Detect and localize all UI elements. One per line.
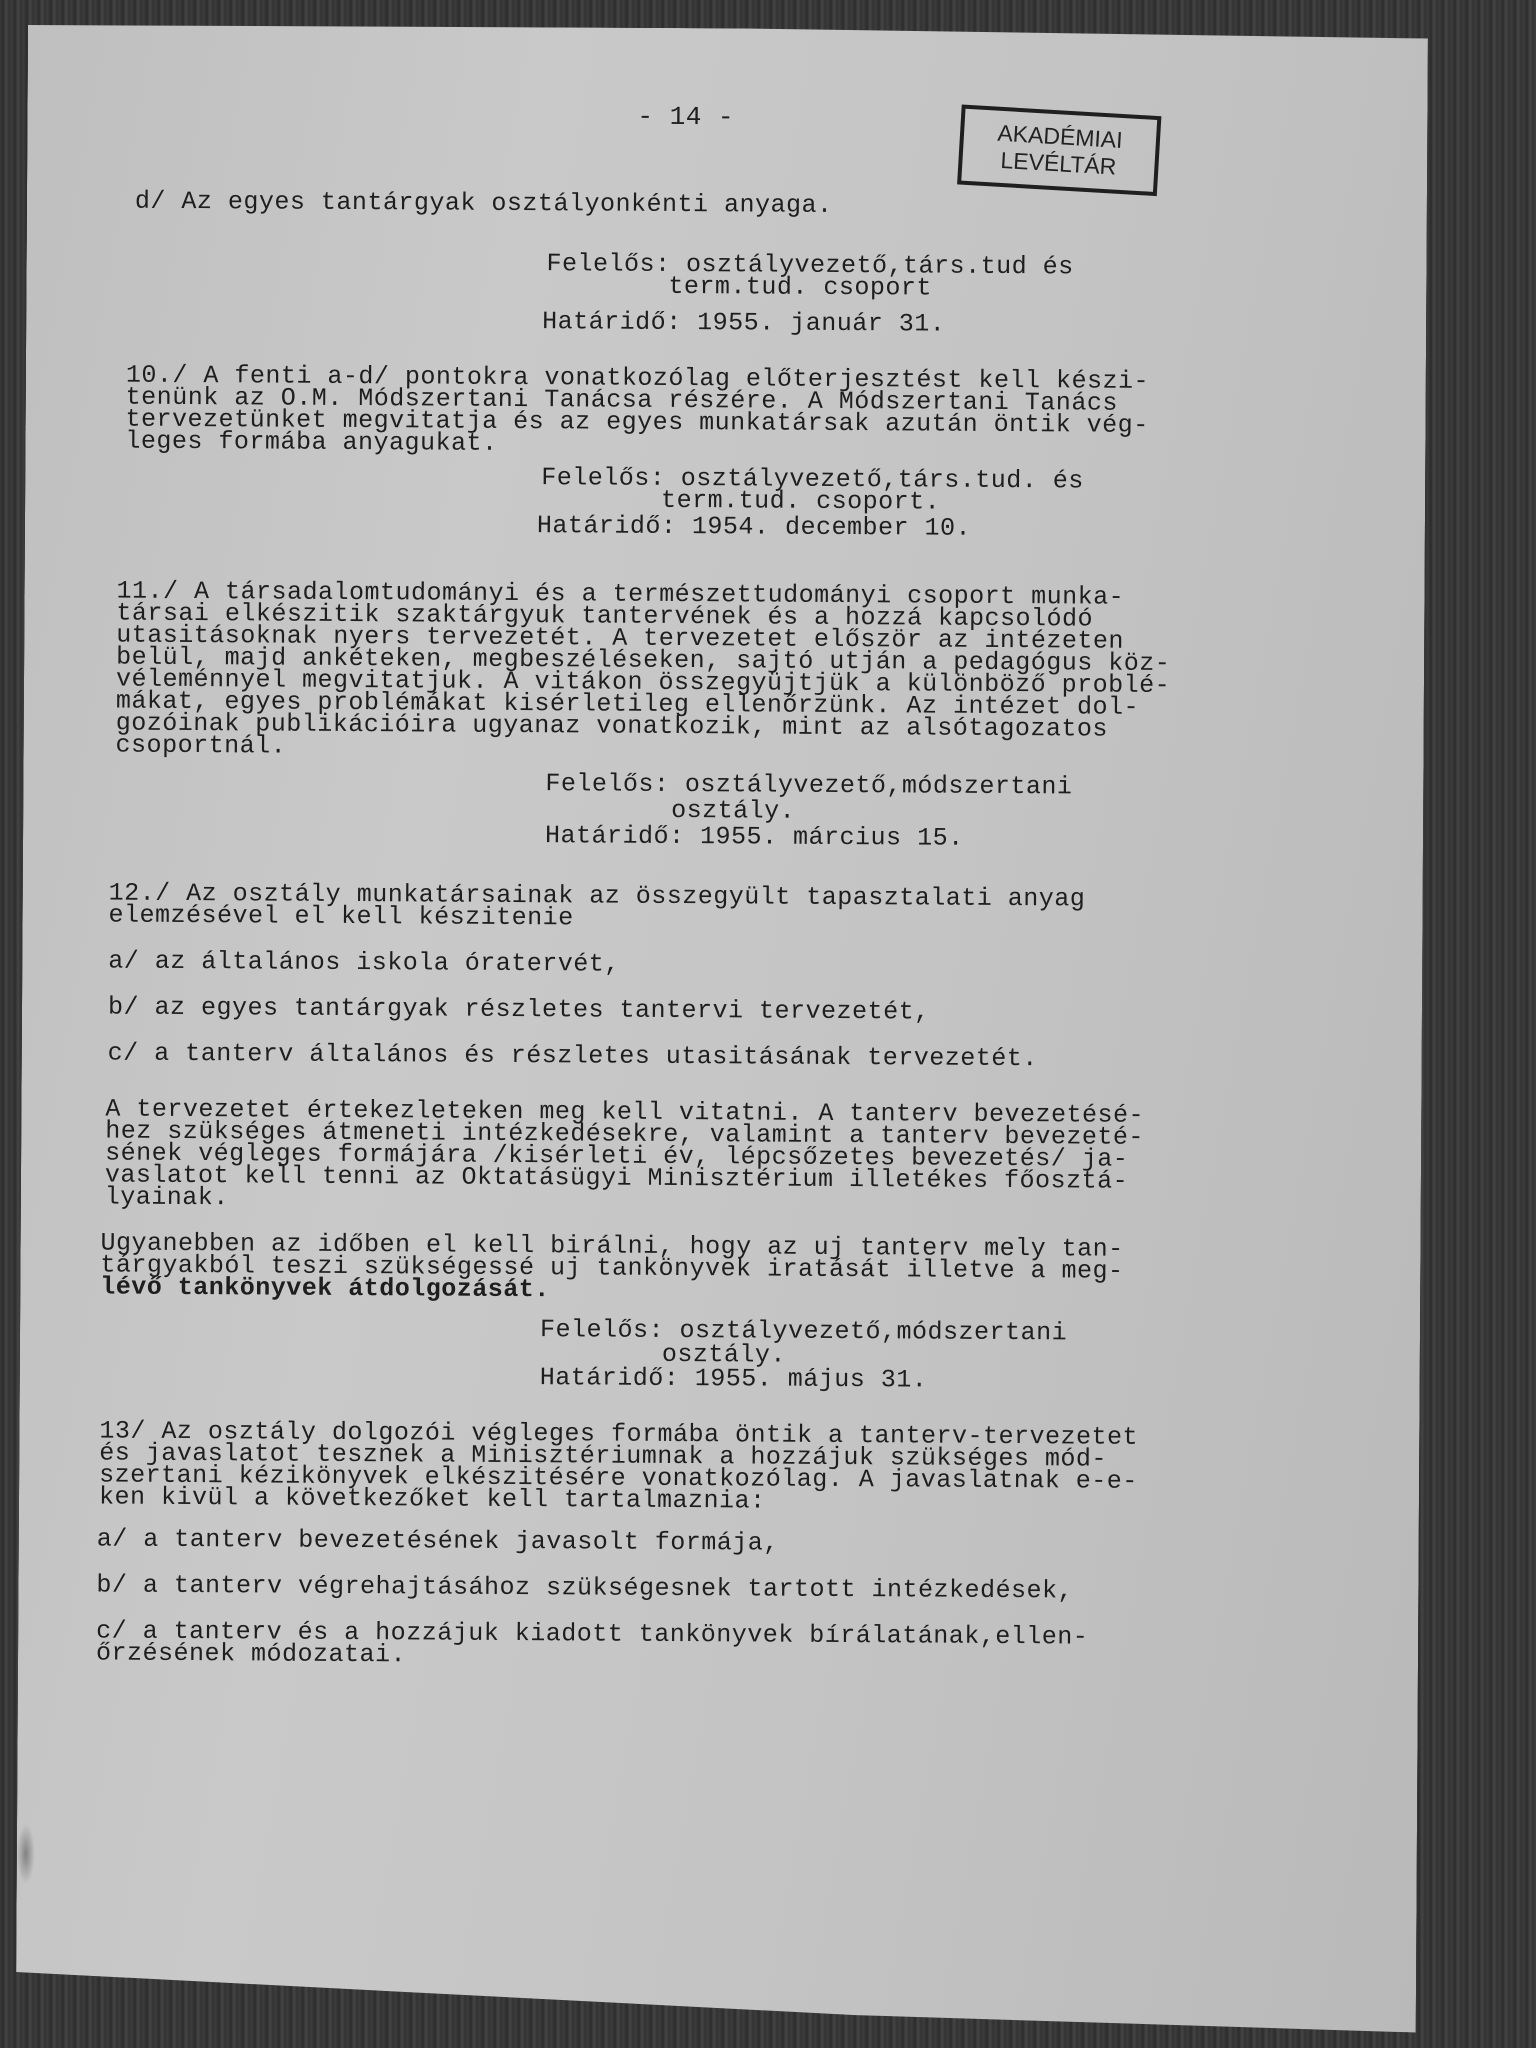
- typed-document: - 14 - AKADÉMIAI LEVÉLTÁR d/ Az egyes ta…: [16, 24, 1428, 2033]
- section-12-item-a: a/ az általános iskola óratervét,: [108, 947, 620, 979]
- section-d-responsible-cont: term.tud. csoport: [668, 272, 932, 303]
- section-13-item-c-cont: őrzésének módozatai.: [96, 1638, 406, 1669]
- section-12-item-c: c/ a tanterv általános és részletes utas…: [108, 1039, 1038, 1074]
- section-11-line: csoportnál.: [116, 731, 287, 761]
- section-11-deadline: Határidő: 1955. március 15.: [545, 821, 964, 853]
- section-12-item-b: b/ az egyes tantárgyak részletes tanterv…: [108, 993, 930, 1027]
- section-d-deadline: Határidő: 1955. január 31.: [542, 307, 945, 338]
- section-d-text: d/ Az egyes tantárgyak osztályonkénti an…: [135, 187, 833, 220]
- section-12-responsible: Felelős: osztályvezető,módszertani: [540, 1315, 1067, 1347]
- section-12-para2-line: lyainak.: [105, 1182, 229, 1212]
- section-11-responsible: Felelős: osztályvezető,módszertani: [545, 769, 1072, 801]
- section-12-deadline: Határidő: 1955. május 31.: [540, 1363, 928, 1394]
- archive-stamp: AKADÉMIAI LEVÉLTÁR: [957, 105, 1161, 197]
- section-12-para3-line: lévő tankönyvek átdolgozását.: [100, 1272, 550, 1304]
- section-13-item-b: b/ a tanterv végrehajtásához szükségesne…: [96, 1570, 1073, 1605]
- page-smudge: [17, 1824, 35, 1884]
- document-page: - 14 - AKADÉMIAI LEVÉLTÁR d/ Az egyes ta…: [16, 24, 1428, 2033]
- section-12-line: elemzésével el kell készitenie: [108, 901, 573, 933]
- page-number: - 14 -: [637, 102, 734, 133]
- section-12-para2-line: vaslatot kell tenni az Oktatásügyi Minis…: [105, 1160, 1128, 1195]
- section-10-line: leges formába anyagukat.: [125, 427, 497, 458]
- section-10-deadline: Határidő: 1954. december 10.: [537, 511, 971, 543]
- section-13-line: ken kivül a következőket kell tartalmazn…: [99, 1482, 766, 1515]
- section-13-item-a: a/ a tanterv bevezetésének javasolt form…: [97, 1524, 779, 1557]
